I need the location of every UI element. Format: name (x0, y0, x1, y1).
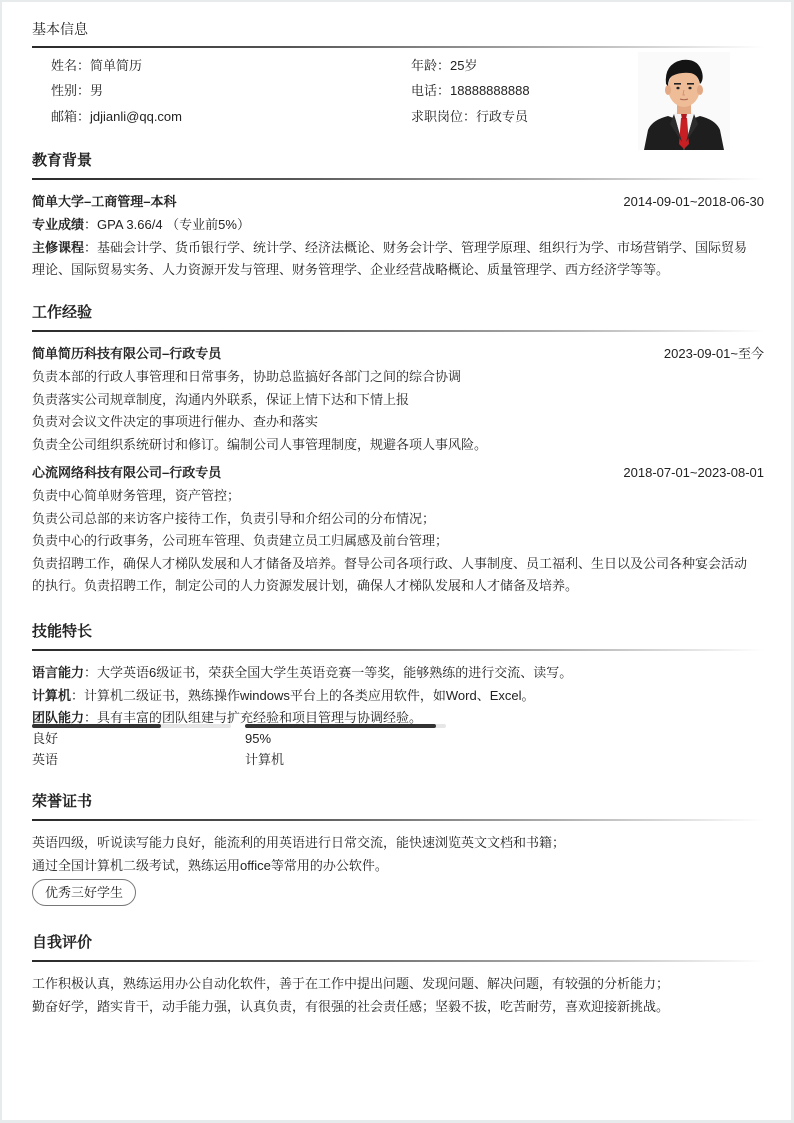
avatar (638, 52, 730, 150)
field-value: 18888888888 (450, 83, 530, 98)
job-company: 心流网络科技有限公司–行政专员 (32, 465, 221, 480)
field-sep: ： (84, 217, 97, 232)
field-sep: ： (77, 83, 90, 98)
skill-bar-english (32, 724, 231, 728)
job-duty: 负责全公司组织系统研讨和修订。编制公司人事管理制度，规避各项人事风险。 (32, 434, 764, 457)
section-honors: 荣誉证书 英语四级，听说读写能力良好，能流利的用英语进行日常交流，能快速浏览英文… (32, 791, 764, 906)
field-label: 姓名 (51, 58, 77, 73)
honor-line: 通过全国计算机二级考试，熟练运用office等常用的办公软件。 (32, 855, 764, 878)
section-basic-info: 基本信息 (32, 18, 764, 48)
field-value: jdjianli@qq.com (90, 109, 182, 124)
job-duty: 负责中心简单财务管理，资产管控； (32, 485, 764, 508)
resume-page: 基本信息 姓名：简单简历 性别：男 邮箱：jdjianli@qq.com 年龄：… (2, 2, 791, 1120)
gpa-value: GPA 3.66/4 （专业前5%） (97, 217, 250, 232)
field-label: 邮箱 (51, 109, 77, 124)
section-divider (32, 819, 764, 821)
section-education: 教育背景 简单大学–工商管理–本科 2014-09-01~2018-06-30 … (32, 150, 764, 282)
field-age: 年龄：25岁 (411, 56, 478, 76)
gpa-label: 专业成绩 (32, 217, 84, 232)
field-phone: 电话：18888888888 (411, 81, 530, 101)
section-title: 基本信息 (32, 18, 764, 40)
skill-level: 良好 (32, 729, 58, 749)
section-divider (32, 960, 764, 962)
job-date: 2023-09-01~至今 (664, 343, 764, 365)
field-label: 求职岗位 (411, 109, 463, 124)
skill-name: 英语 (32, 750, 58, 770)
field-job-target: 求职岗位：行政专员 (411, 107, 528, 127)
education-date: 2014-09-01~2018-06-30 (623, 191, 764, 213)
section-divider (32, 330, 764, 332)
skill-value: 具有丰富的团队组建与扩充经验和项目管理与协调经验。 (97, 710, 422, 725)
skill-item: 语言能力：大学英语6级证书，荣获全国大学生英语竞赛一等奖，能够熟练的进行交流、读… (32, 662, 764, 685)
skill-bar-fill (245, 724, 436, 728)
field-name: 姓名：简单简历 (51, 56, 142, 76)
section-title: 荣誉证书 (32, 791, 764, 813)
section-divider (32, 46, 764, 48)
courses-label: 主修课程 (32, 240, 84, 255)
field-sep: ： (77, 109, 90, 124)
field-sep: ： (437, 83, 450, 98)
field-sep: ： (84, 665, 97, 680)
job-duty: 负责对会议文件决定的事项进行催办、查办和落实 (32, 411, 764, 434)
honor-line: 英语四级，听说读写能力良好，能流利的用英语进行日常交流，能快速浏览英文文档和书籍… (32, 832, 764, 855)
school-name: 简单大学–工商管理–本科 (32, 194, 176, 209)
field-email: 邮箱：jdjianli@qq.com (51, 107, 182, 127)
job-company: 简单简历科技有限公司–行政专员 (32, 346, 221, 361)
section-self-evaluation: 自我评价 工作积极认真，熟练运用办公自动化软件，善于在工作中提出问题、发现问题、… (32, 932, 764, 1018)
field-label: 电话 (411, 83, 437, 98)
field-gender: 性别：男 (51, 81, 103, 101)
field-label: 性别 (51, 83, 77, 98)
honor-tag: 优秀三好学生 (32, 879, 136, 906)
courses-value: 基础会计学、货币银行学、统计学、经济法概论、财务会计学、管理学原理、组织行为学、… (97, 240, 747, 255)
gpa-row: 专业成绩：GPA 3.66/4 （专业前5%） (32, 214, 764, 237)
job-duty: 负责落实公司规章制度，沟通内外联系，保证上情下达和下情上报 (32, 389, 764, 412)
skill-level: 95% (245, 729, 271, 749)
job-duty: 负责招聘工作，确保人才梯队发展和人才储备及培养。督导公司各项行政、人事制度、员工… (32, 553, 764, 576)
job-header: 心流网络科技有限公司–行政专员 2018-07-01~2023-08-01 (32, 462, 764, 484)
section-title: 教育背景 (32, 150, 764, 172)
field-sep: ： (463, 109, 476, 124)
job-duty: 的执行。负责招聘工作，制定公司的人力资源发展计划，确保人才梯队发展和人才储备及培… (32, 575, 764, 598)
section-divider (32, 178, 764, 180)
job-duty: 负责本部的行政人事管理和日常事务，协助总监搞好各部门之间的综合协调 (32, 366, 764, 389)
courses-row-continued: 理论、国际贸易实务、人力资源开发与管理、财务管理学、企业经营战略概论、质量管理学… (32, 259, 764, 282)
section-title: 自我评价 (32, 932, 764, 954)
field-sep: ： (84, 710, 97, 725)
section-divider (32, 649, 764, 651)
field-sep: ： (437, 58, 450, 73)
section-title: 工作经验 (32, 302, 764, 324)
skill-item: 计算机：计算机二级证书，熟练操作windows平台上的各类应用软件，如Word、… (32, 685, 764, 708)
field-label: 年龄 (411, 58, 437, 73)
field-value: 男 (90, 83, 103, 98)
job-duty: 负责中心的行政事务，公司班车管理、负责建立员工归属感及前台管理； (32, 530, 764, 553)
skill-value: 大学英语6级证书，荣获全国大学生英语竞赛一等奖，能够熟练的进行交流、读写。 (97, 665, 572, 680)
skill-label: 团队能力 (32, 710, 84, 725)
skill-name: 计算机 (245, 750, 284, 770)
avatar-portrait-icon (638, 52, 730, 150)
skill-bar-fill (32, 724, 161, 728)
self-eval-line: 勤奋好学，踏实肯干，动手能力强，认真负责，有很强的社会责任感；坚毅不拔，吃苦耐劳… (32, 996, 764, 1019)
field-value: 行政专员 (476, 109, 528, 124)
section-title: 技能特长 (32, 621, 764, 643)
courses-row: 主修课程：基础会计学、货币银行学、统计学、经济法概论、财务会计学、管理学原理、组… (32, 237, 764, 260)
field-value: 简单简历 (90, 58, 142, 73)
section-work: 工作经验 简单简历科技有限公司–行政专员 2023-09-01~至今 负责本部的… (32, 302, 764, 598)
job-header: 简单简历科技有限公司–行政专员 2023-09-01~至今 (32, 343, 764, 365)
skill-value: 计算机二级证书，熟练操作windows平台上的各类应用软件，如Word、Exce… (84, 688, 534, 703)
self-eval-line: 工作积极认真，熟练运用办公自动化软件，善于在工作中提出问题、发现问题、解决问题，… (32, 973, 764, 996)
education-header: 简单大学–工商管理–本科 2014-09-01~2018-06-30 (32, 191, 764, 213)
field-sep: ： (71, 688, 84, 703)
skill-label: 计算机 (32, 688, 71, 703)
skill-bar-computer (245, 724, 446, 728)
job-date: 2018-07-01~2023-08-01 (623, 462, 764, 484)
field-sep: ： (77, 58, 90, 73)
skill-label: 语言能力 (32, 665, 84, 680)
field-sep: ： (84, 240, 97, 255)
field-value: 25岁 (450, 58, 477, 73)
section-skills: 技能特长 语言能力：大学英语6级证书，荣获全国大学生英语竞赛一等奖，能够熟练的进… (32, 621, 764, 730)
job-duty: 负责公司总部的来访客户接待工作，负责引导和介绍公司的分布情况； (32, 508, 764, 531)
